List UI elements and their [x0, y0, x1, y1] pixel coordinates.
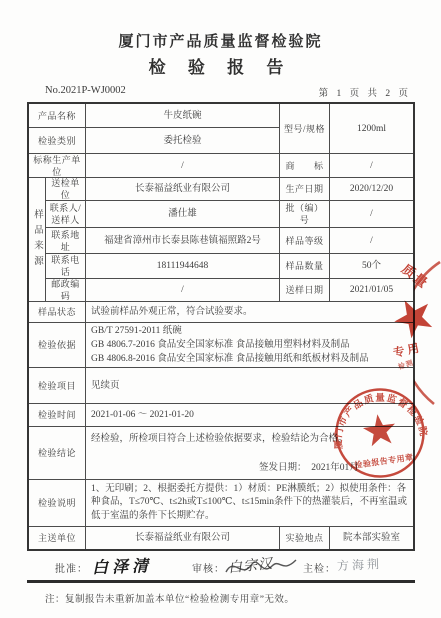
conclusion-label: 检验结论 — [29, 427, 86, 480]
trademark-value: / — [330, 154, 413, 178]
basis-line-2: GB 4806.7-2016 食品安全国家标准 食品接触用塑料材料及制品 — [91, 338, 369, 352]
inspect-label: 主检： — [303, 560, 336, 575]
approve-label: 批准： — [55, 560, 88, 575]
report-number: No.2021P-WJ0002 — [45, 85, 126, 96]
approve-signature: 白泽清 — [92, 553, 153, 578]
notes-text: 1、无印刷；2、根据委托方提供：1）材质：PE淋膜纸；2）拟使用条件：各种食品，… — [91, 483, 411, 524]
production-date-label: 生产日期 — [280, 178, 330, 201]
address-label: 联系地址 — [46, 228, 86, 254]
phone-label: 联系电话 — [46, 254, 86, 279]
grade-value: / — [330, 228, 413, 254]
footer-note: 注：复制报告未重新加盖本单位“检验检测专用章”无效。 — [45, 591, 294, 605]
basis-line-1: GB/T 27591-2011 纸碗 — [91, 324, 369, 338]
sample-source-label: 样品来源 — [29, 178, 46, 302]
items-label: 检验项目 — [29, 368, 86, 404]
inspection-report-page: 厦门市产品质量监督检验院 检 验 报 告 No.2021P-WJ0002 第 1… — [0, 0, 441, 618]
contact-value: 潘仕雄 — [86, 201, 280, 228]
status-value: 试验前样品外观正常，符合试验要求。 — [86, 302, 413, 323]
contact-label: 联系人/送样人 — [46, 201, 86, 228]
batch-no-value: / — [330, 201, 413, 228]
status-label: 样品状态 — [29, 302, 86, 323]
category-value: 委托检验 — [86, 128, 280, 154]
institute-title: 厦门市产品质量监督检验院 — [0, 30, 441, 51]
production-date-value: 2020/12/20 — [330, 178, 413, 201]
lab-label: 实验地点 — [280, 527, 330, 549]
notes-label: 检验说明 — [29, 480, 86, 527]
product-name-value: 牛皮纸碗 — [86, 104, 280, 128]
page-indicator: 第 1 页 共 2 页 — [319, 85, 411, 99]
recipient-label: 主送单位 — [29, 527, 86, 549]
edge-seal-text-tiny: 检测 — [397, 358, 415, 372]
submitter-value: 长泰福益纸业有限公司 — [86, 178, 280, 201]
basis-line-3: GB 4806.8-2016 食品安全国家标准 食品接触用纸和纸板材料及制品 — [91, 352, 369, 366]
inspect-signature: 方海荆 — [337, 555, 383, 574]
producer-label: 标称生产单位 — [29, 154, 86, 178]
seal-star-icon — [361, 412, 397, 447]
issue-date-label: 签发日期： — [259, 463, 302, 473]
trademark-label: 商 标 — [280, 154, 330, 178]
batch-no-label: 批（编）号 — [280, 201, 330, 228]
edge-seal-fragment: 质量 专用 检测 — [392, 258, 441, 408]
product-name-label: 产品名称 — [29, 104, 86, 128]
recipient-value: 长泰福益纸业有限公司 — [86, 527, 280, 549]
category-label: 检验类别 — [29, 128, 86, 154]
signature-row: 批准： 白泽清 审核： 白宗汉 主检： 方海荆 — [0, 552, 441, 582]
time-label: 检验时间 — [29, 404, 86, 427]
delivery-date-label: 送样日期 — [280, 279, 330, 302]
report-title: 检 验 报 告 — [0, 53, 441, 78]
basis-value: GB/T 27591-2011 纸碗 GB 4806.7-2016 食品安全国家… — [86, 323, 413, 368]
review-label: 审核： — [192, 560, 225, 575]
submitter-label: 送检单位 — [46, 178, 86, 201]
model-value: 1200ml — [330, 104, 413, 154]
model-label: 型号/规格 — [280, 104, 330, 154]
address-value: 福建省漳州市长泰县陈巷镇福照路2号 — [86, 228, 280, 254]
grade-label: 样品等级 — [280, 228, 330, 254]
lab-value: 院本部实验室 — [330, 527, 413, 549]
producer-value: / — [86, 154, 280, 178]
quantity-label: 样品数量 — [280, 254, 330, 279]
postcode-value: / — [86, 279, 280, 302]
postcode-label: 邮政编码 — [46, 279, 86, 302]
phone-value: 18111944648 — [86, 254, 280, 279]
basis-label: 检验依据 — [29, 323, 86, 368]
review-signature-flourish — [222, 554, 300, 582]
bottom-rule — [27, 580, 415, 583]
